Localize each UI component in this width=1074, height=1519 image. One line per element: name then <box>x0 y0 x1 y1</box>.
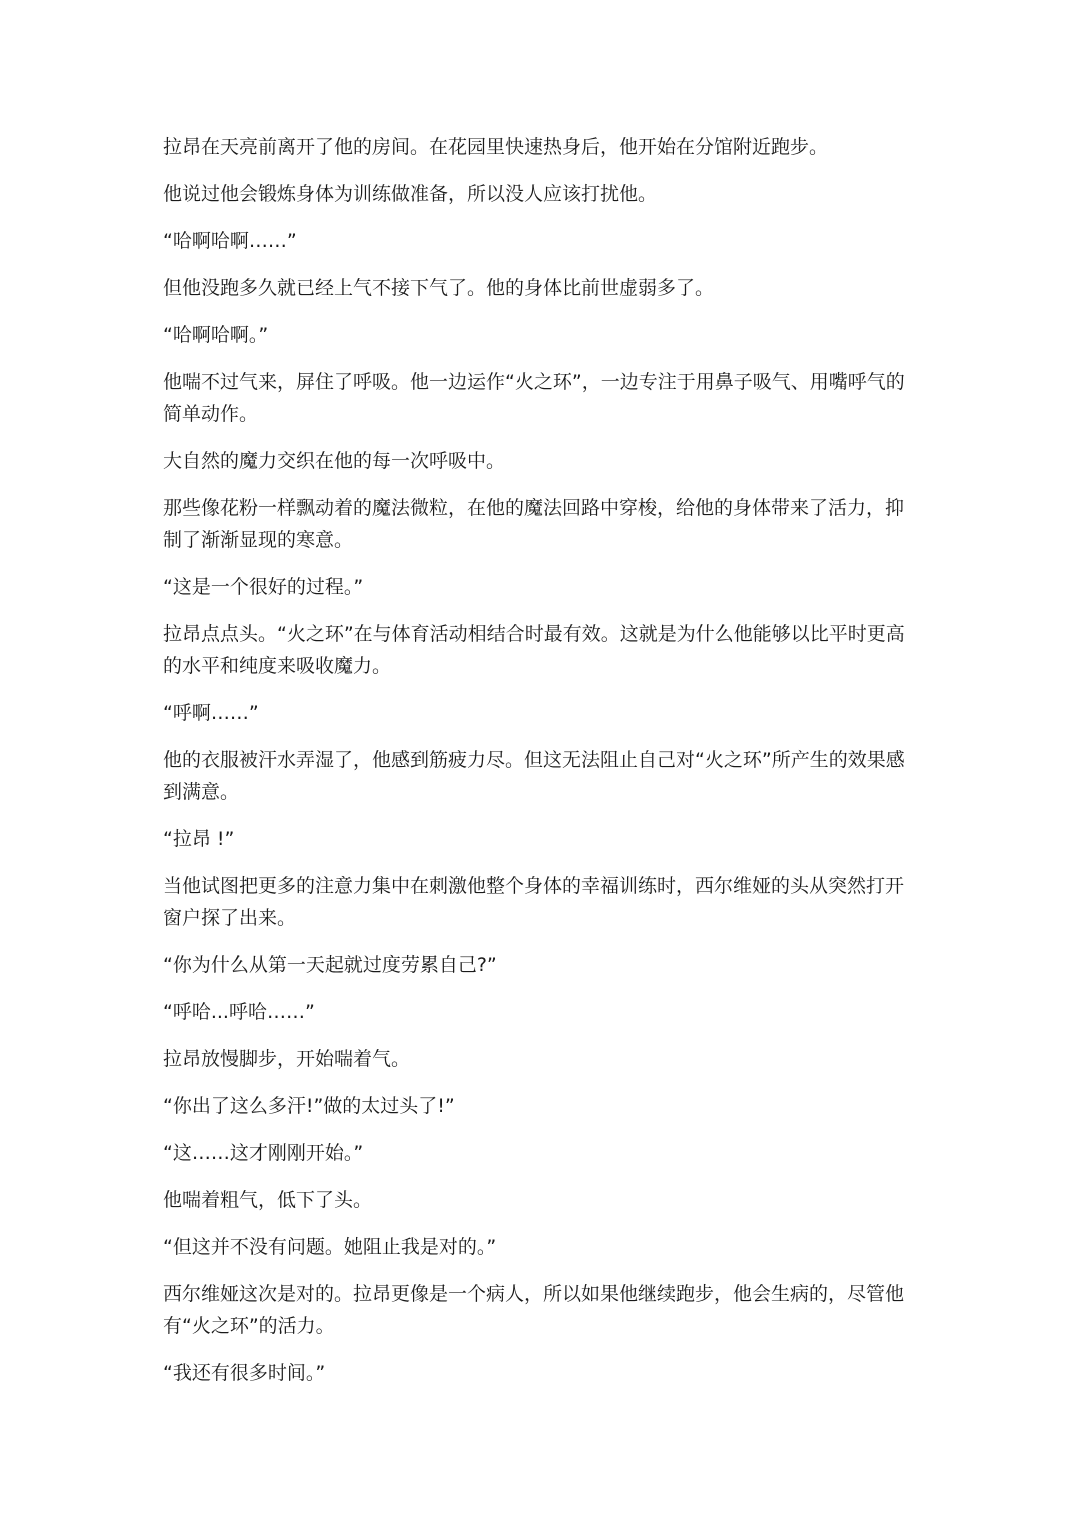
paragraph: “这……这才刚刚开始。” <box>163 1137 915 1169</box>
paragraph: 拉昂在天亮前离开了他的房间。在花园里快速热身后，他开始在分馆附近跑步。 <box>163 131 915 163</box>
paragraph: “这是一个很好的过程。” <box>163 571 915 603</box>
paragraph: “呼哈...呼哈……” <box>163 996 915 1028</box>
paragraph: “哈啊哈啊……” <box>163 225 915 257</box>
paragraph: 西尔维娅这次是对的。拉昂更像是一个病人，所以如果他继续跑步，他会生病的，尽管他有… <box>163 1278 915 1342</box>
paragraph: “哈啊哈啊。” <box>163 319 915 351</box>
document-page: 拉昂在天亮前离开了他的房间。在花园里快速热身后，他开始在分馆附近跑步。 他说过他… <box>163 131 915 1404</box>
paragraph: 拉昂放慢脚步，开始喘着气。 <box>163 1043 915 1075</box>
paragraph: 当他试图把更多的注意力集中在刺激他整个身体的幸福训练时，西尔维娅的头从突然打开窗… <box>163 870 915 934</box>
paragraph: “你出了这么多汗!”做的太过头了!” <box>163 1090 915 1122</box>
paragraph: 拉昂点点头。“火之环”在与体育活动相结合时最有效。这就是为什么他能够以比平时更高… <box>163 618 915 682</box>
paragraph: “我还有很多时间。” <box>163 1357 915 1389</box>
paragraph: “呼啊……” <box>163 697 915 729</box>
paragraph: 大自然的魔力交织在他的每一次呼吸中。 <box>163 445 915 477</box>
paragraph: “但这并不没有问题。她阻止我是对的。” <box>163 1231 915 1263</box>
paragraph: 那些像花粉一样飘动着的魔法微粒，在他的魔法回路中穿梭，给他的身体带来了活力，抑制… <box>163 492 915 556</box>
paragraph: 他喘着粗气，低下了头。 <box>163 1184 915 1216</box>
paragraph: 但他没跑多久就已经上气不接下气了。他的身体比前世虚弱多了。 <box>163 272 915 304</box>
paragraph: “拉昂 !” <box>163 823 915 855</box>
paragraph: 他喘不过气来，屏住了呼吸。他一边运作“火之环”，一边专注于用鼻子吸气、用嘴呼气的… <box>163 366 915 430</box>
paragraph: 他说过他会锻炼身体为训练做准备，所以没人应该打扰他。 <box>163 178 915 210</box>
paragraph: 他的衣服被汗水弄湿了，他感到筋疲力尽。但这无法阻止自己对“火之环”所产生的效果感… <box>163 744 915 808</box>
paragraph: “你为什么从第一天起就过度劳累自己?” <box>163 949 915 981</box>
